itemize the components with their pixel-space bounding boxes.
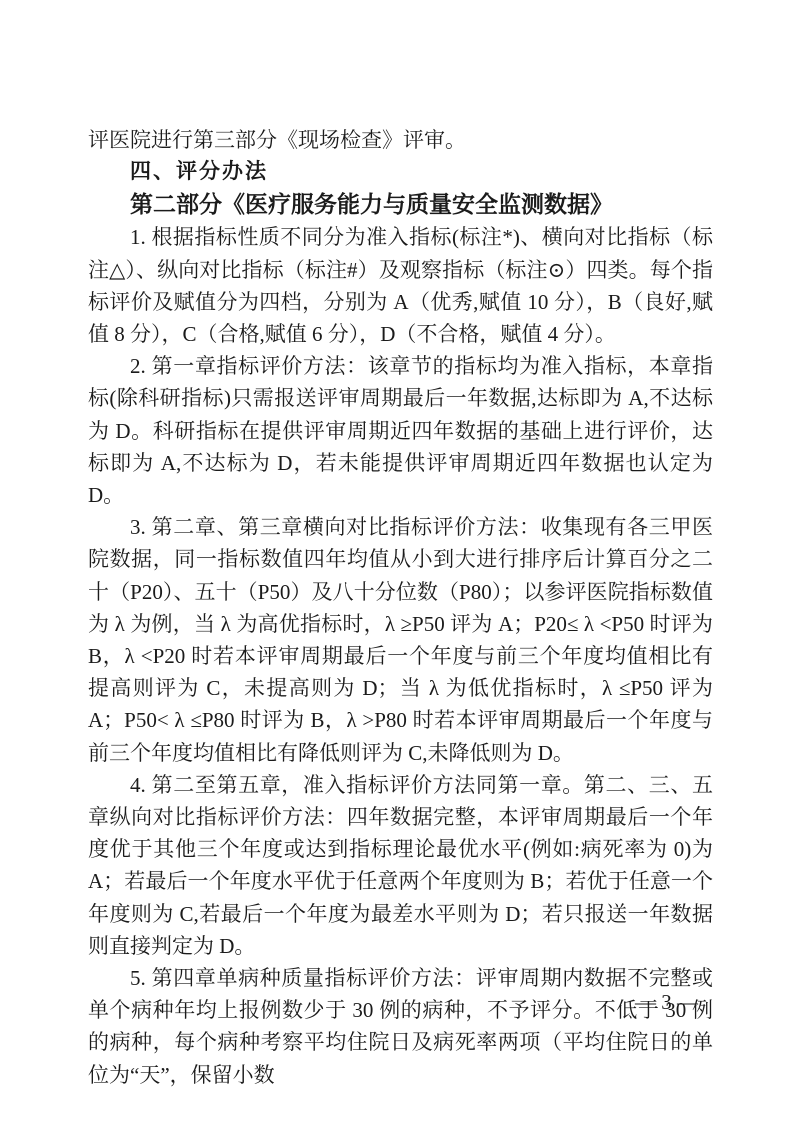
page-number: — 3 — xyxy=(635,991,698,1013)
body-paragraph-2: 2. 第一章指标评价方法：该章节的指标均为准入指标，本章指标(除科研指标)只需报… xyxy=(88,350,713,511)
intro-paragraph-continuation: 评医院进行第三部分《现场检查》评审。 xyxy=(88,124,713,156)
section-heading: 四、评分办法 xyxy=(88,156,713,188)
body-paragraph-5: 5. 第四章单病种质量指标评价方法：评审周期内数据不完整或单个病种年均上报例数少… xyxy=(88,962,713,1091)
part-heading: 第二部分《医疗服务能力与质量安全监测数据》 xyxy=(88,188,713,221)
document-page: 评医院进行第三部分《现场检查》评审。 四、评分办法 第二部分《医疗服务能力与质量… xyxy=(0,0,793,1122)
body-paragraph-1: 1. 根据指标性质不同分为准入指标(标注*)、横向对比指标（标注△）、纵向对比指… xyxy=(88,221,713,350)
text-flow: 评医院进行第三部分《现场检查》评审。 四、评分办法 第二部分《医疗服务能力与质量… xyxy=(88,124,713,1091)
body-paragraph-4: 4. 第二至第五章，准入指标评价方法同第一章。第二、三、五章纵向对比指标评价方法… xyxy=(88,769,713,962)
paragraphs-container: 1. 根据指标性质不同分为准入指标(标注*)、横向对比指标（标注△）、纵向对比指… xyxy=(88,221,713,1090)
body-paragraph-3: 3. 第二章、第三章横向对比指标评价方法：收集现有各三甲医院数据，同一指标数值四… xyxy=(88,511,713,769)
